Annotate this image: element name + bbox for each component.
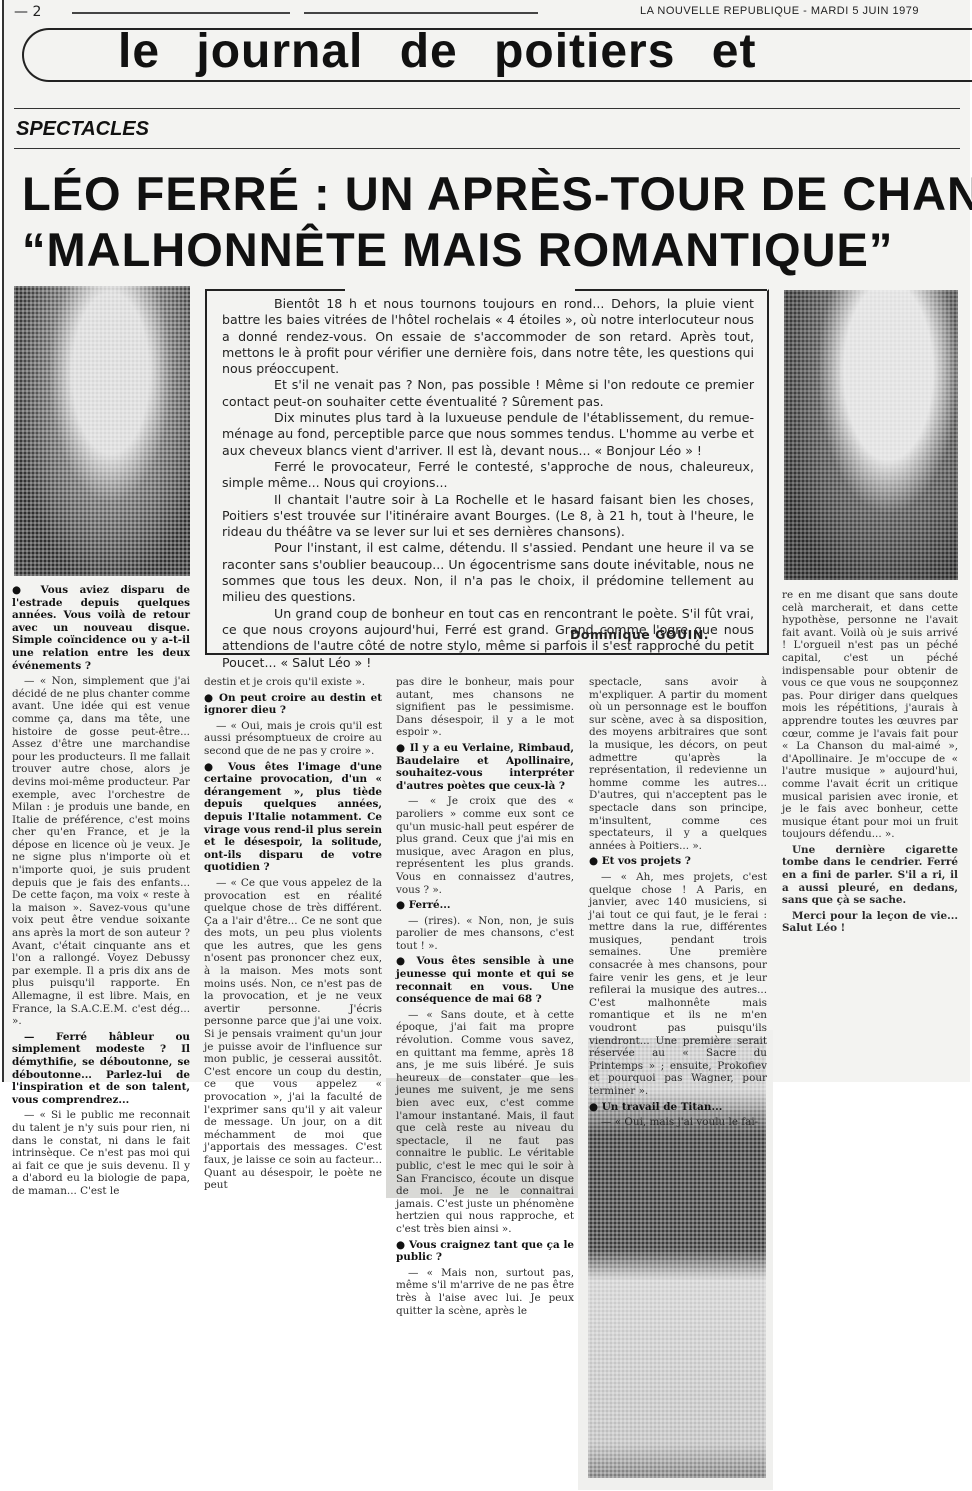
interview-answer: — « Ah, mes projets, c'est quelque chose…: [589, 871, 767, 1098]
interview-question: Vous êtes sensible à une jeunesse qui mo…: [396, 955, 574, 1005]
interview-answer: spectacle, sans avoir à m'expliquer. A p…: [589, 676, 767, 852]
interview-answer: re en me disant que sans doute celà marc…: [782, 589, 958, 841]
page-number: — 2: [14, 4, 41, 20]
divider: [575, 289, 767, 291]
divider: [304, 12, 538, 14]
interview-question: Il y a eu Verlaine, Rimbaud, Baudelaire …: [396, 742, 574, 792]
article-column-5: re en me disant que sans doute celà marc…: [782, 589, 958, 938]
interview-question: Vous aviez disparu de l'estrade depuis q…: [12, 584, 190, 672]
interview-answer: pas dire le bonheur, mais pour autant, m…: [396, 676, 574, 739]
intro-paragraph: Dix minutes plus tard à la luxueuse pend…: [222, 410, 754, 459]
intro-paragraph: Bientôt 18 h et nous tournons toujours e…: [222, 296, 754, 377]
divider: [14, 148, 960, 149]
divider: [72, 12, 290, 14]
interview-answer: — « Non, simplement que j'ai décidé de n…: [12, 675, 190, 1028]
interview-answer: — (rires). « Non, non, je suis parolier …: [396, 915, 574, 953]
article-column-2: destin et je crois qu'il existe ». On pe…: [204, 676, 382, 1195]
intro-paragraph: Et s'il ne venait pas ? Non, pas possibl…: [222, 377, 754, 410]
intro-paragraph: Pour l'instant, il est calme, détendu. I…: [222, 540, 754, 605]
publication-date: LA NOUVELLE REPUBLIQUE - MARDI 5 JUIN 19…: [640, 5, 919, 17]
closing-paragraph: Une dernière cigarette tombe dans le cen…: [782, 844, 958, 907]
intro-paragraph: Il chantait l'autre soir à La Rochelle e…: [222, 492, 754, 541]
interview-answer: — « Sans doute, et à cette époque, j'ai …: [396, 1009, 574, 1236]
interview-answer: — « Si le public me reconnait du talent …: [12, 1109, 190, 1197]
author-signature: Dominique GOUIN.: [570, 627, 709, 642]
interview-answer: — « Ce que vous appelez de la provocatio…: [204, 877, 382, 1192]
interview-question: Vous craignez tant que ça le public ?: [396, 1239, 574, 1264]
interview-answer: — « Je croix que des « paroliers » comme…: [396, 795, 574, 896]
interview-question: Vous êtes l'image d'une certaine provoca…: [204, 761, 382, 874]
divider: [205, 289, 345, 291]
intro-text: Bientôt 18 h et nous tournons toujours e…: [222, 296, 754, 671]
masthead-title: le journal de poitiers et: [118, 24, 756, 79]
interview-answer: — « Oui, mais je crois qu'il est aussi p…: [204, 720, 382, 758]
interview-question: On peut croire au destin et ignorer dieu…: [204, 692, 382, 717]
photo-portrait-left: [14, 286, 190, 576]
interview-question: — Ferré hâbleur ou simplement modeste ? …: [12, 1031, 190, 1107]
interview-question: Un travail de Titan...: [589, 1101, 767, 1114]
article-column-4: spectacle, sans avoir à m'expliquer. A p…: [589, 676, 767, 1132]
interview-question: Ferré...: [396, 899, 574, 912]
headline-line-2: “MALHONNÊTE MAIS ROMANTIQUE”: [22, 222, 893, 277]
interview-answer: — « Mais non, surtout pas, même s'il m'a…: [396, 1267, 574, 1317]
article-column-3: pas dire le bonheur, mais pour autant, m…: [396, 676, 574, 1320]
article-column-1: Vous aviez disparu de l'estrade depuis q…: [12, 584, 190, 1201]
interview-question: Et vos projets ?: [589, 855, 767, 868]
intro-paragraph: Ferré le provocateur, Ferré le contesté,…: [222, 459, 754, 492]
interview-answer: destin et je crois qu'il existe ».: [204, 676, 382, 689]
closing-paragraph: Merci pour la leçon de vie... Salut Léo …: [782, 910, 958, 935]
headline-line-1: LÉO FERRÉ : UN APRÈS-TOUR DE CHANT: [22, 166, 972, 221]
divider: [14, 108, 960, 109]
section-label: SPECTACLES: [16, 118, 149, 141]
photo-portrait-right: [784, 290, 958, 580]
interview-answer: — « Oui, mais j'ai voulu le fai-: [589, 1116, 767, 1129]
